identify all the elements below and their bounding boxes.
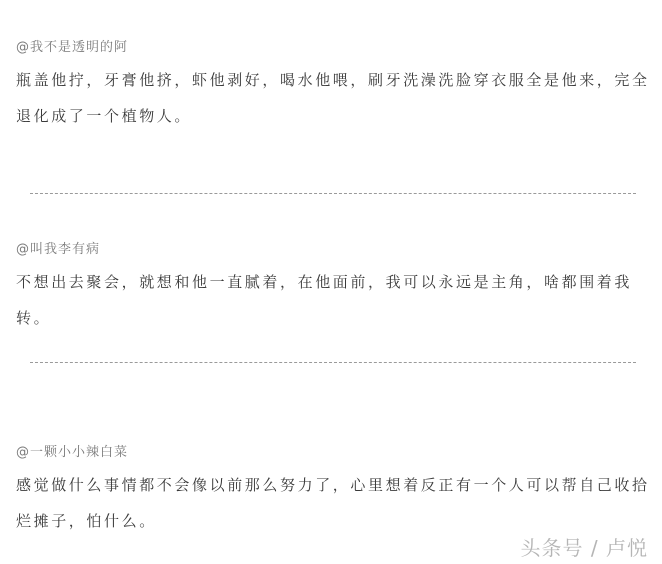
comment-text: 感觉做什么事情都不会像以前那么努力了，心里想着反正有一个人可以帮自己收拾烂摊子，… (16, 467, 652, 539)
comment-handle: @叫我李有病 (16, 238, 100, 257)
comment-handle: @一颗小小辣白菜 (16, 441, 128, 460)
comment-handle: @我不是透明的阿 (16, 36, 128, 55)
comment-text: 不想出去聚会，就想和他一直腻着，在他面前，我可以永远是主角，啥都围着我转。 (16, 264, 652, 336)
dashed-divider (30, 193, 636, 194)
watermark: 头条号 / 卢悦 (521, 532, 648, 561)
dashed-divider (30, 362, 636, 363)
comment-text: 瓶盖他拧，牙膏他挤，虾他剥好，喝水他喂，刷牙洗澡洗脸穿衣服全是他来，完全退化成了… (16, 62, 652, 134)
